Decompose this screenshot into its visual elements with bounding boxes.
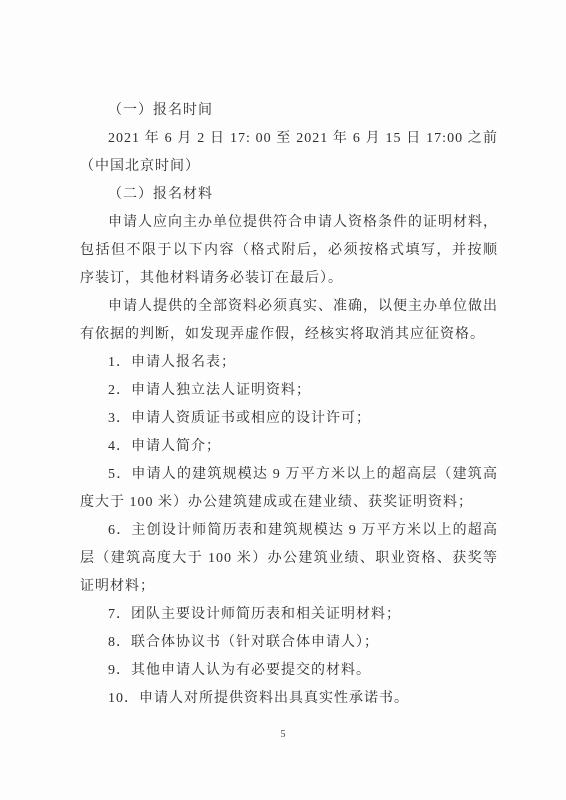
page-number: 5 [0,729,566,740]
list-item: 8．联合体协议书（针对联合体申请人）； [80,629,498,657]
section-heading: （二）报名材料 [80,181,498,209]
list-item: 9．其他申请人认为有必要提交的材料。 [80,657,498,685]
list-item: 7．团队主要设计师简历表和相关证明材料； [80,601,498,629]
paragraph: 申请人应向主办单位提供符合申请人资格条件的证明材料，包括但不限于以下内容（格式附… [80,209,498,293]
document-page: （一）报名时间 2021 年 6 月 2 日 17: 00 至 2021 年 6… [0,0,566,800]
list-item: 2．申请人独立法人证明资料； [80,377,498,405]
paragraph: 2021 年 6 月 2 日 17: 00 至 2021 年 6 月 15 日 … [80,125,498,181]
document-body: （一）报名时间 2021 年 6 月 2 日 17: 00 至 2021 年 6… [80,97,498,713]
list-item: 6．主创设计师简历表和建筑规模达 9 万平方米以上的超高层（建筑高度大于 100… [80,517,498,601]
list-item: 4．申请人简介； [80,433,498,461]
paragraph: 申请人提供的全部资料必须真实、准确，以便主办单位做出有依据的判断，如发现弄虚作假… [80,293,498,349]
section-heading: （一）报名时间 [80,97,498,125]
list-item: 1．申请人报名表； [80,349,498,377]
list-item: 5．申请人的建筑规模达 9 万平方米以上的超高层（建筑高度大于 100 米）办公… [80,461,498,517]
list-item: 3．申请人资质证书或相应的设计许可； [80,405,498,433]
list-item: 10．申请人对所提供资料出具真实性承诺书。 [80,685,498,713]
